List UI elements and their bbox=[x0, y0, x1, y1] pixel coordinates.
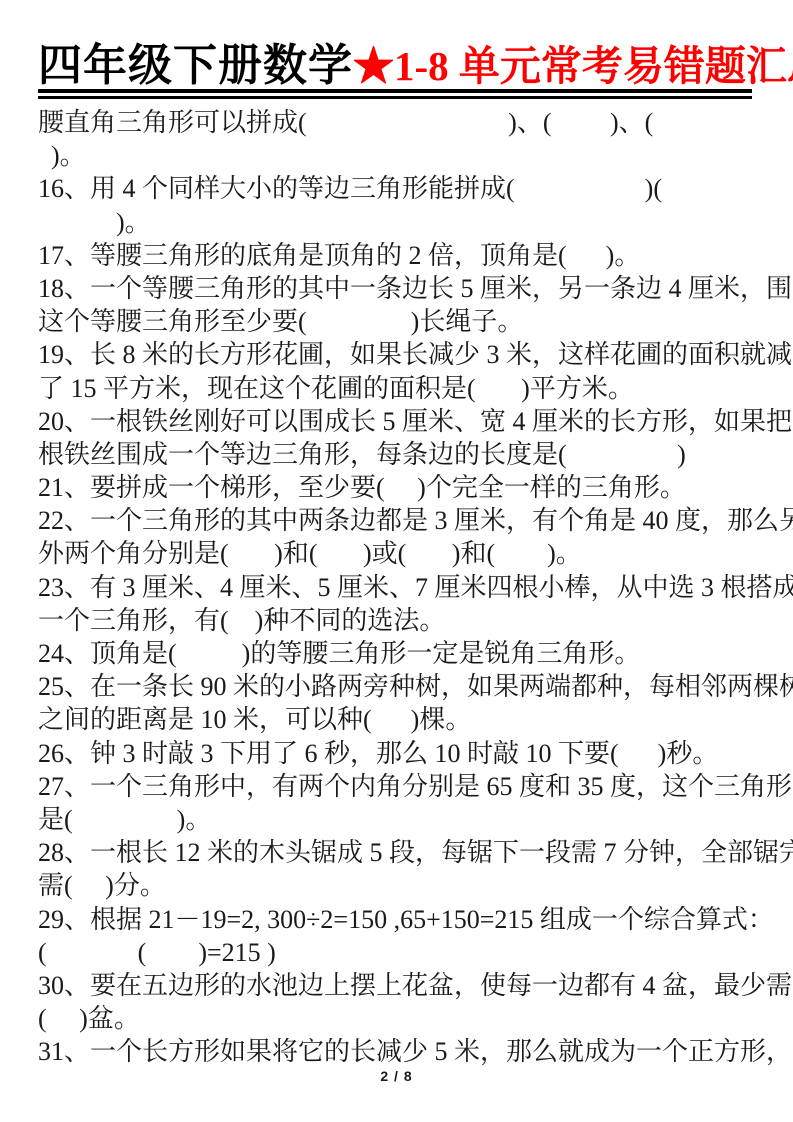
worksheet-line: 了 15 平方米，现在这个花圃的面积是( )平方米。 bbox=[38, 372, 778, 405]
worksheet-line: 27、一个三角形中，有两个内角分别是 65 度和 35 度，这个三角形 bbox=[38, 770, 778, 803]
worksheet-line: 是( )。 bbox=[38, 803, 778, 836]
worksheet-line: 17、等腰三角形的底角是顶角的 2 倍，顶角是( )。 bbox=[38, 239, 778, 272]
worksheet-line: )。 bbox=[38, 206, 778, 239]
worksheet-line: 21、要拼成一个梯形，至少要( )个完全一样的三角形。 bbox=[38, 471, 778, 504]
worksheet-line: 根铁丝围成一个等边三角形，每条边的长度是( ) bbox=[38, 438, 778, 471]
worksheet-line: 19、长 8 米的长方形花圃，如果长减少 3 米，这样花圃的面积就减少 bbox=[38, 338, 778, 371]
worksheet-line: 23、有 3 厘米、4 厘米、5 厘米、7 厘米四根小棒，从中选 3 根搭成 bbox=[38, 571, 778, 604]
worksheet-line: ( ( )=215 ) bbox=[38, 936, 778, 969]
title-double-underline bbox=[38, 89, 752, 99]
page-title-black-text: 四年级下册数学 bbox=[38, 41, 353, 90]
worksheet-line: )。 bbox=[38, 139, 778, 172]
worksheet-line: 25、在一条长 90 米的小路两旁种树，如果两端都种，每相邻两棵树 bbox=[38, 670, 778, 703]
worksheet-line: 一个三角形，有( )种不同的选法。 bbox=[38, 604, 778, 637]
worksheet-line: 30、要在五边形的水池边上摆上花盆，使每一边都有 4 盆，最少需要 bbox=[38, 969, 778, 1002]
worksheet-page: 四年级下册数学★1-8 单元常考易错题汇总 腰直角三角形可以拼成( )、( )、… bbox=[0, 0, 793, 1122]
worksheet-line: 16、用 4 个同样大小的等边三角形能拼成( )( bbox=[38, 172, 778, 205]
worksheet-line: 28、一根长 12 米的木头锯成 5 段，每锯下一段需 7 分钟，全部锯完 bbox=[38, 836, 778, 869]
worksheet-line: 需( )分。 bbox=[38, 869, 778, 902]
worksheet-line: 20、一根铁丝刚好可以围成长 5 厘米、宽 4 厘米的长方形，如果把这 bbox=[38, 405, 778, 438]
page-title-red-text: ★1-8 单元常考易错题汇总 bbox=[353, 43, 793, 89]
worksheet-line: ( )盆。 bbox=[38, 1002, 778, 1035]
worksheet-line: 这个等腰三角形至少要( )长绳子。 bbox=[38, 305, 778, 338]
worksheet-line: 18、一个等腰三角形的其中一条边长 5 厘米，另一条边 4 厘米，围成 bbox=[38, 272, 778, 305]
worksheet-line: 外两个角分别是( )和( )或( )和( )。 bbox=[38, 537, 778, 570]
worksheet-line: 腰直角三角形可以拼成( )、( )、( bbox=[38, 106, 778, 139]
worksheet-line: 29、根据 21－19=2, 300÷2=150 ,65+150=215 组成一… bbox=[38, 903, 778, 936]
worksheet-line: 26、钟 3 时敲 3 下用了 6 秒，那么 10 时敲 10 下要( )秒。 bbox=[38, 737, 778, 770]
worksheet-line: 22、一个三角形的其中两条边都是 3 厘米，有个角是 40 度，那么另 bbox=[38, 504, 778, 537]
worksheet-body: 腰直角三角形可以拼成( )、( )、( )。 16、用 4 个同样大小的等边三角… bbox=[38, 106, 778, 1068]
page-title: 四年级下册数学★1-8 单元常考易错题汇总 bbox=[38, 42, 793, 90]
page-number: 2 / 8 bbox=[0, 1068, 793, 1084]
worksheet-line: 之间的距离是 10 米，可以种( )棵。 bbox=[38, 703, 778, 736]
worksheet-line: 24、顶角是( )的等腰三角形一定是锐角三角形。 bbox=[38, 637, 778, 670]
worksheet-line: 31、一个长方形如果将它的长减少 5 米，那么就成为一个正方形，宽 bbox=[38, 1035, 778, 1068]
